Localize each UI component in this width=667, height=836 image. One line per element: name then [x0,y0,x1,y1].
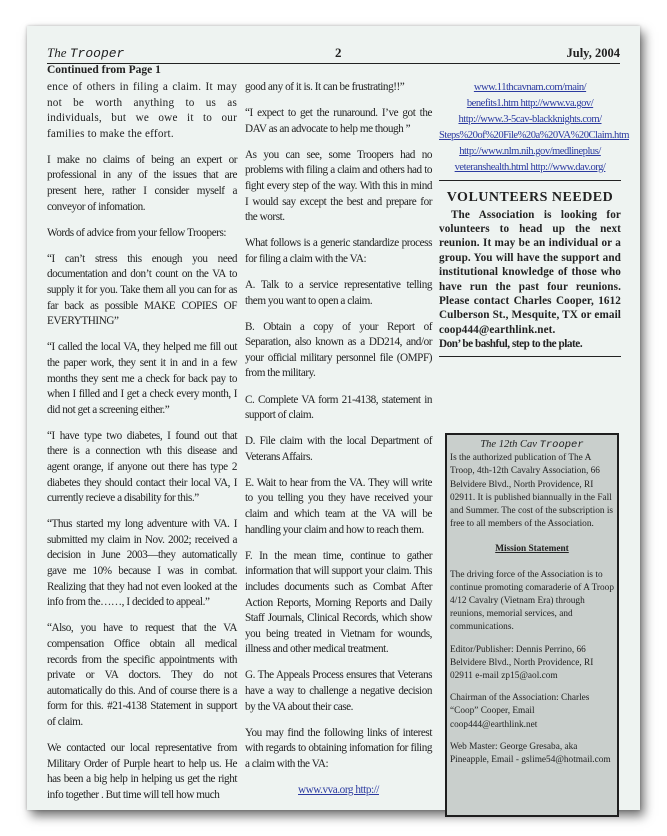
article-paragraph: You may find the following links of inte… [245,726,432,773]
article-paragraph: What follows is a generic standardize pr… [245,236,432,267]
step-d: D. File claim with the local Department … [245,434,432,465]
link-medlineplus[interactable]: http://www.nlm.nih.gov/medlineplus/ [459,146,601,157]
chairman-info: Chairman of the Association: Charles “Co… [450,692,614,732]
box-title-prefix: The 12th Cav [480,439,537,450]
link-paragraph: www.vva.org http:// [245,783,432,799]
article-paragraph: ence of others in filing a claim. It may… [47,80,237,142]
link-benefits-va[interactable]: benefits1.htm http://www.va.gov/ [467,98,593,109]
step-a: A. Talk to a service representative tell… [245,278,432,309]
newsletter-title: The Trooper [47,45,124,61]
mission-text: The driving force of the Association is … [450,569,614,635]
step-g: G. The Appeals Process ensures that Vete… [245,668,432,715]
box-title: The 12th Cav Trooper [450,438,614,452]
link-11thcavnam[interactable]: www.11thcavnam.com/main/ [474,82,586,93]
quote-paragraph: “I can’t stress this enough you need doc… [47,252,237,330]
quote-paragraph: “I expect to get the runaround. I’ve got… [245,106,432,137]
step-c: C. Complete VA form 21-4138, statement i… [245,393,432,424]
publication-intro: Is the authorized publication of The A T… [450,452,614,531]
masthead: The Trooper 2 July, 2004 [47,43,620,64]
step-e: E. Wait to hear from the VA. They will w… [245,476,432,538]
resource-links: www.11thcavnam.com/main/ benefits1.htm h… [439,80,621,181]
column-3: www.11thcavnam.com/main/ benefits1.htm h… [439,80,621,357]
mission-heading: Mission Statement [450,543,614,556]
title-trooper: Trooper [70,46,125,61]
quote-paragraph: “Thus started my long adventure with VA.… [47,517,237,611]
link-blackknights[interactable]: http://www.3-5cav-blackknights.com/ [458,114,601,125]
column-2: good any of it is. It can be frustrating… [245,80,432,809]
link-blackknights-steps[interactable]: Steps%20of%20File%20a%20VA%20Claim.htm [439,130,629,141]
title-the: The [47,45,67,60]
newsletter-page: The Trooper 2 July, 2004 Continued from … [27,26,640,810]
volunteers-body: The Association is looking for volunteer… [439,208,621,338]
article-paragraph: We contacted our local representative fr… [47,741,237,803]
publication-info-box: The 12th Cav Trooper Is the authorized p… [445,433,619,817]
quote-paragraph: “Also, you have to request that the VA c… [47,621,237,730]
column-1: ence of others in filing a claim. It may… [47,80,237,814]
article-paragraph: I make no claims of being an expert or p… [47,153,237,215]
volunteers-closing: Don’ be bashful, step to the plate. [439,337,621,356]
step-b: B. Obtain a copy of your Report of Separ… [245,320,432,382]
quote-paragraph: “I have type two diabetes, I found out t… [47,429,237,507]
page-number: 2 [335,45,342,61]
step-f: F. In the mean time, continue to gather … [245,549,432,658]
issue-date: July, 2004 [567,46,621,61]
continued-from-label: Continued from Page 1 [47,64,161,76]
quote-paragraph: “I called the local VA, they helped me f… [47,340,237,418]
link-veteranshealth-dav[interactable]: veteranshealth.html http://www.dav.org/ [455,162,606,173]
vva-link[interactable]: www.vva.org http:// [298,784,379,796]
volunteers-heading: VOLUNTEERS NEEDED [439,190,621,206]
article-paragraph: Words of advice from your fellow Trooper… [47,226,237,242]
editor-info: Editor/Publisher: Dennis Perrino, 66 Bel… [450,644,614,684]
webmaster-info: Web Master: George Gresaba, aka Pineappl… [450,741,614,767]
article-paragraph: As you can see, some Troopers had no pro… [245,148,432,226]
box-title-trooper: Trooper [540,439,584,451]
quote-paragraph: good any of it is. It can be frustrating… [245,80,432,96]
